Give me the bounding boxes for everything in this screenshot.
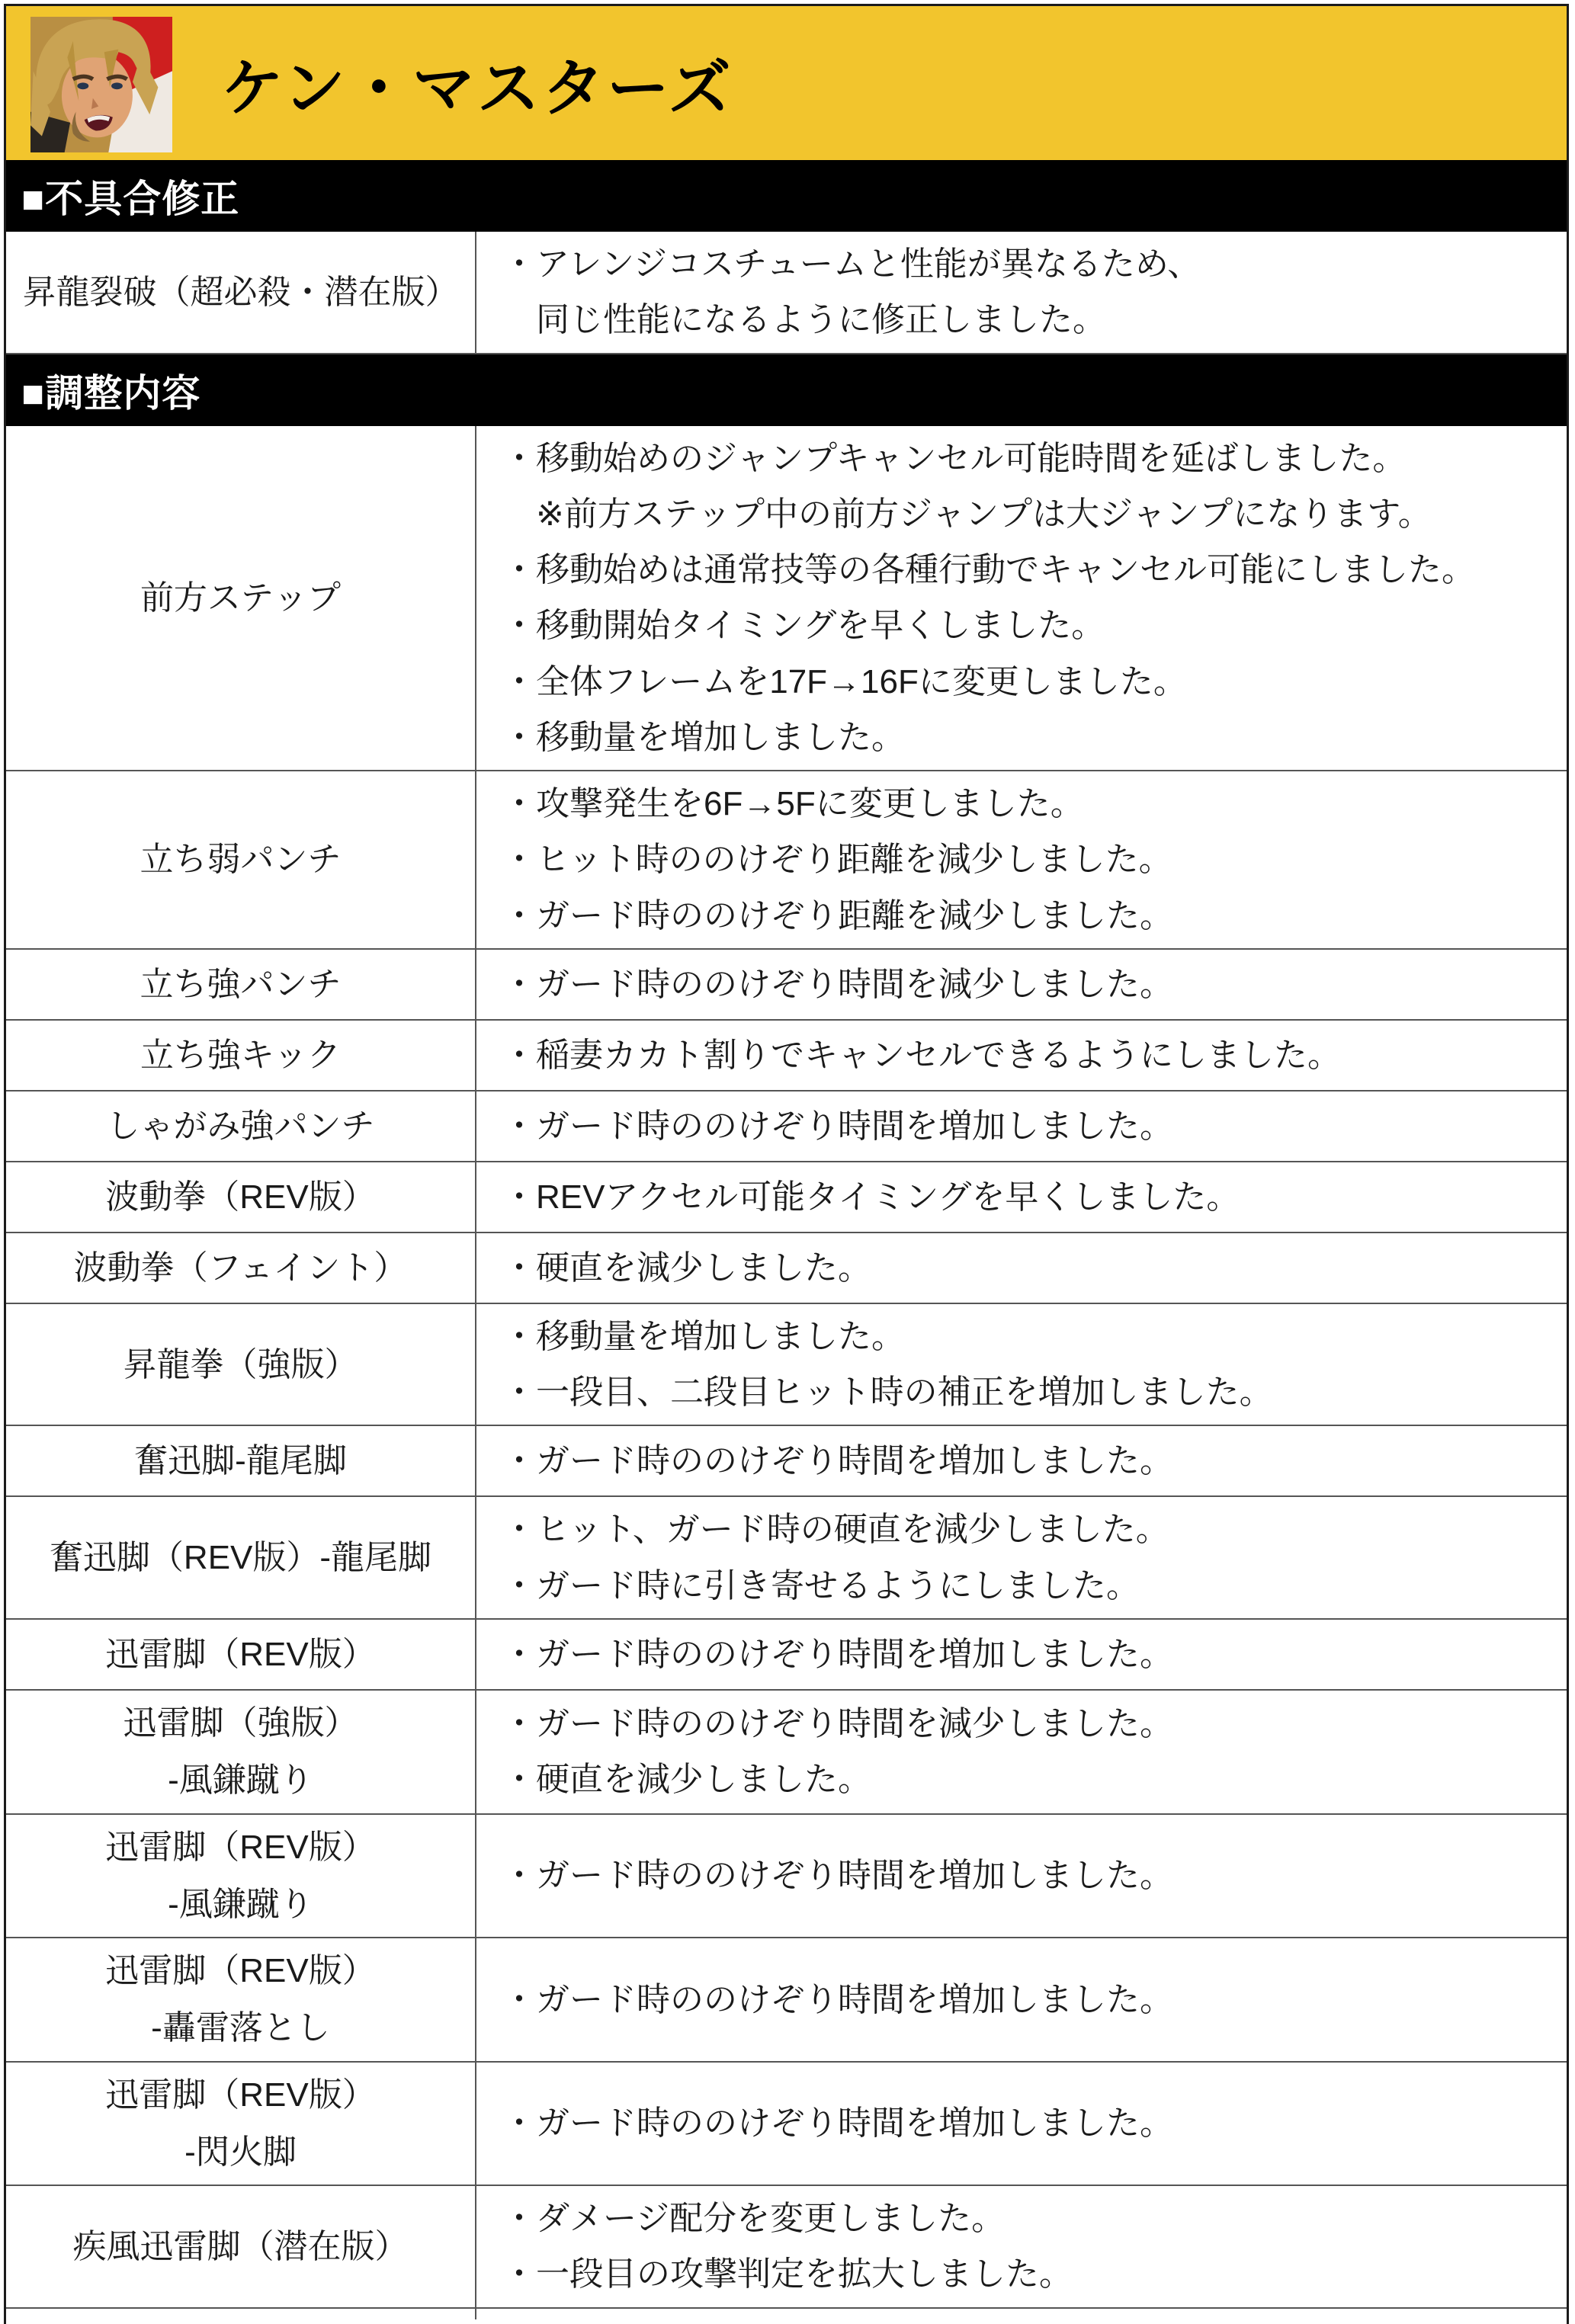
change-line: ・全体フレームを17F→16Fに変更しました。	[502, 663, 1544, 700]
move-name-cell: 前方ステップ	[6, 426, 476, 771]
move-name-cell: 疾風迅雷脚（潜在版）	[6, 2186, 476, 2307]
change-line: ・稲妻カカト割りでキャンセルできるようにしました。	[502, 1037, 1544, 1074]
move-name-cell: 迅雷脚（REV版）	[6, 1620, 476, 1689]
move-name: 立ち強パンチ	[140, 966, 342, 1003]
table-row: 迅雷脚（REV版）・ガード時ののけぞり時間を増加しました。	[6, 1620, 1567, 1691]
change-line: 同じ性能になるように修正しました。	[502, 301, 1544, 338]
table-row: 立ち強パンチ・ガード時ののけぞり時間を減少しました。	[6, 950, 1567, 1021]
move-name-cell: 迅雷脚（REV版）-閃火脚	[6, 2063, 476, 2185]
move-name: -風鎌蹴り	[168, 1761, 313, 1799]
change-list-cell: ・ガード時ののけぞり時間を減少しました。・硬直を減少しました。	[476, 1691, 1567, 1813]
change-list-cell: ・ガード時ののけぞり時間を増加しました。	[476, 1620, 1567, 1689]
change-line: ・ダメージ配分を変更しました。	[502, 2200, 1544, 2237]
character-header: ケン・マスターズ	[6, 6, 1567, 160]
change-line: ・攻撃発生を6F→5Fに変更しました。	[502, 785, 1544, 822]
change-line: ・ガード時ののけぞり時間を減少しました。	[502, 966, 1544, 1003]
change-line: ・ガード時ののけぞり時間を減少しました。	[502, 1705, 1544, 1742]
patch-notes-sections: ■不具合修正昇龍裂破（超必殺・潜在版）・アレンジコスチュームと性能が異なるため、…	[6, 160, 1567, 2309]
move-name: -轟雷落とし	[151, 2009, 330, 2047]
table-row: 昇龍裂破（超必殺・潜在版）・アレンジコスチュームと性能が異なるため、同じ性能にな…	[6, 232, 1567, 354]
change-list-cell: ・硬直を減少しました。	[476, 1233, 1567, 1303]
table-row: 立ち強キック・稲妻カカト割りでキャンセルできるようにしました。	[6, 1021, 1567, 1091]
change-line: ・アレンジコスチュームと性能が異なるため、	[502, 245, 1544, 283]
change-list-cell: ・ガード時ののけぞり時間を減少しました。	[476, 950, 1567, 1019]
move-name: 迅雷脚（REV版）	[105, 1952, 375, 1989]
change-line: ・ガード時に引き寄せるようにしました。	[502, 1567, 1544, 1604]
section-heading-bar: ■調整内容	[6, 354, 1567, 426]
change-list-cell: ・ダメージ配分を変更しました。・一段目の攻撃判定を拡大しました。	[476, 2186, 1567, 2307]
move-name: 昇龍拳（強版）	[123, 1346, 358, 1383]
move-name: 波動拳（フェイント）	[74, 1249, 408, 1287]
truncated-move-cell	[6, 2309, 476, 2319]
change-list-cell: ・ガード時ののけぞり時間を増加しました。	[476, 1938, 1567, 2061]
change-line: ※前方ステップ中の前方ジャンプは大ジャンプになります。	[502, 495, 1544, 533]
move-name-cell: 迅雷脚（REV版）-轟雷落とし	[6, 1938, 476, 2061]
table-row: 迅雷脚（REV版）-轟雷落とし・ガード時ののけぞり時間を増加しました。	[6, 1938, 1567, 2063]
change-line: ・ガード時ののけぞり時間を増加しました。	[502, 1857, 1544, 1894]
move-name: 前方ステップ	[140, 579, 341, 617]
move-name: 奮迅脚-龍尾脚	[134, 1442, 347, 1479]
change-line: ・ガード時ののけぞり距離を減少しました。	[502, 897, 1544, 934]
move-name-cell: 奮迅脚-龍尾脚	[6, 1426, 476, 1495]
move-name-cell: 昇龍拳（強版）	[6, 1304, 476, 1425]
change-line: ・硬直を減少しました。	[502, 1249, 1544, 1287]
change-list-cell: ・移動始めのジャンプキャンセル可能時間を延ばしました。※前方ステップ中の前方ジャ…	[476, 426, 1567, 771]
change-list-cell: ・ガード時ののけぞり時間を増加しました。	[476, 1091, 1567, 1161]
change-list-cell: ・稲妻カカト割りでキャンセルできるようにしました。	[476, 1021, 1567, 1090]
table-row: 波動拳（REV版）・REVアクセル可能タイミングを早くしました。	[6, 1162, 1567, 1233]
character-portrait	[30, 17, 172, 152]
table-row: 奮迅脚-龍尾脚・ガード時ののけぞり時間を増加しました。	[6, 1426, 1567, 1497]
move-name-cell: 迅雷脚（強版）-風鎌蹴り	[6, 1691, 476, 1813]
table-row: 疾風迅雷脚（潜在版）・ダメージ配分を変更しました。・一段目の攻撃判定を拡大しまし…	[6, 2186, 1567, 2309]
move-name-cell: 迅雷脚（REV版）-風鎌蹴り	[6, 1815, 476, 1938]
move-name: 立ち強キック	[140, 1037, 341, 1074]
change-line: ・一段目の攻撃判定を拡大しました。	[502, 2255, 1544, 2293]
table-row: 立ち弱パンチ・攻撃発生を6F→5Fに変更しました。・ヒット時ののけぞり距離を減少…	[6, 771, 1567, 950]
change-line: ・ガード時ののけぞり時間を増加しました。	[502, 2104, 1544, 2142]
move-name: 迅雷脚（REV版）	[105, 1636, 375, 1673]
change-line: ・硬直を減少しました。	[502, 1761, 1544, 1798]
change-list-cell: ・アレンジコスチュームと性能が異なるため、同じ性能になるように修正しました。	[476, 232, 1567, 353]
move-name: 迅雷脚（REV版）	[105, 1829, 375, 1866]
move-name-cell: 奮迅脚（REV版）-龍尾脚	[6, 1497, 476, 1618]
table-row: 奮迅脚（REV版）-龍尾脚・ヒット、ガード時の硬直を減少しました。・ガード時に引…	[6, 1497, 1567, 1620]
move-name: 迅雷脚（強版）	[123, 1704, 358, 1742]
ken-face-illustration	[30, 17, 172, 152]
table-row: 迅雷脚（REV版）-風鎌蹴り・ガード時ののけぞり時間を増加しました。	[6, 1815, 1567, 1939]
change-line: ・ヒット時ののけぞり距離を減少しました。	[502, 841, 1544, 878]
table-row: しゃがみ強パンチ・ガード時ののけぞり時間を増加しました。	[6, 1091, 1567, 1162]
move-name: 立ち弱パンチ	[140, 841, 342, 878]
move-name-cell: しゃがみ強パンチ	[6, 1091, 476, 1161]
move-name-cell: 立ち強キック	[6, 1021, 476, 1090]
table-row: 前方ステップ・移動始めのジャンプキャンセル可能時間を延ばしました。※前方ステップ…	[6, 426, 1567, 772]
move-name: 昇龍裂破（超必殺・潜在版）	[23, 274, 459, 311]
change-list-cell: ・ガード時ののけぞり時間を増加しました。	[476, 2063, 1567, 2185]
change-list-cell: ・攻撃発生を6F→5Fに変更しました。・ヒット時ののけぞり距離を減少しました。・…	[476, 771, 1567, 948]
section-heading: ■調整内容	[21, 363, 200, 418]
change-line: ・ガード時ののけぞり時間を増加しました。	[502, 1981, 1544, 2018]
move-name: -風鎌蹴り	[168, 1886, 313, 1923]
change-line: ・ガード時ののけぞり時間を増加しました。	[502, 1636, 1544, 1673]
change-line: ・REVアクセル可能タイミングを早くしました。	[502, 1178, 1544, 1216]
change-line: ・移動量を増加しました。	[502, 1318, 1544, 1355]
change-list-cell: ・REVアクセル可能タイミングを早くしました。	[476, 1162, 1567, 1232]
change-line: ・ヒット、ガード時の硬直を減少しました。	[502, 1511, 1544, 1548]
move-name-cell: 立ち弱パンチ	[6, 771, 476, 948]
truncated-change-cell	[476, 2309, 1567, 2319]
patch-notes-sheet: ケン・マスターズ ■不具合修正昇龍裂破（超必殺・潜在版）・アレンジコスチュームと…	[4, 4, 1569, 2324]
move-name: 奮迅脚（REV版）-龍尾脚	[50, 1539, 431, 1576]
move-name-cell: 立ち強パンチ	[6, 950, 476, 1019]
change-line: ・ガード時ののけぞり時間を増加しました。	[502, 1108, 1544, 1145]
table-row: 迅雷脚（REV版）-閃火脚・ガード時ののけぞり時間を増加しました。	[6, 2063, 1567, 2187]
move-name: -閃火脚	[184, 2133, 297, 2171]
section-heading: ■不具合修正	[21, 168, 239, 223]
change-list-cell: ・ガード時ののけぞり時間を増加しました。	[476, 1815, 1567, 1938]
move-name-cell: 波動拳（フェイント）	[6, 1233, 476, 1303]
table-row: 迅雷脚（強版）-風鎌蹴り・ガード時ののけぞり時間を減少しました。・硬直を減少しま…	[6, 1691, 1567, 1815]
move-name: 迅雷脚（REV版）	[105, 2076, 375, 2114]
change-list-cell: ・移動量を増加しました。・一段目、二段目ヒット時の補正を増加しました。	[476, 1304, 1567, 1425]
section-heading-bar: ■不具合修正	[6, 160, 1567, 232]
change-line: ・ガード時ののけぞり時間を増加しました。	[502, 1442, 1544, 1479]
change-line: ・移動始めのジャンプキャンセル可能時間を延ばしました。	[502, 440, 1544, 477]
move-name: 疾風迅雷脚（潜在版）	[73, 2228, 409, 2265]
table-row: 波動拳（フェイント）・硬直を減少しました。	[6, 1233, 1567, 1304]
move-name-cell: 波動拳（REV版）	[6, 1162, 476, 1232]
change-line: ・移動量を増加しました。	[502, 719, 1544, 756]
change-list-cell: ・ガード時ののけぞり時間を増加しました。	[476, 1426, 1567, 1495]
change-list-cell: ・ヒット、ガード時の硬直を減少しました。・ガード時に引き寄せるようにしました。	[476, 1497, 1567, 1618]
move-name: しゃがみ強パンチ	[107, 1108, 375, 1145]
character-name: ケン・マスターズ	[221, 39, 733, 128]
move-name-cell: 昇龍裂破（超必殺・潜在版）	[6, 232, 476, 353]
table-row: 昇龍拳（強版）・移動量を増加しました。・一段目、二段目ヒット時の補正を増加しまし…	[6, 1304, 1567, 1427]
move-name: 波動拳（REV版）	[105, 1178, 375, 1216]
change-line: ・移動開始タイミングを早くしました。	[502, 607, 1544, 644]
change-line: ・移動始めは通常技等の各種行動でキャンセル可能にしました。	[502, 551, 1544, 588]
change-line: ・一段目、二段目ヒット時の補正を増加しました。	[502, 1374, 1544, 1411]
truncated-next-row	[6, 2309, 1567, 2319]
